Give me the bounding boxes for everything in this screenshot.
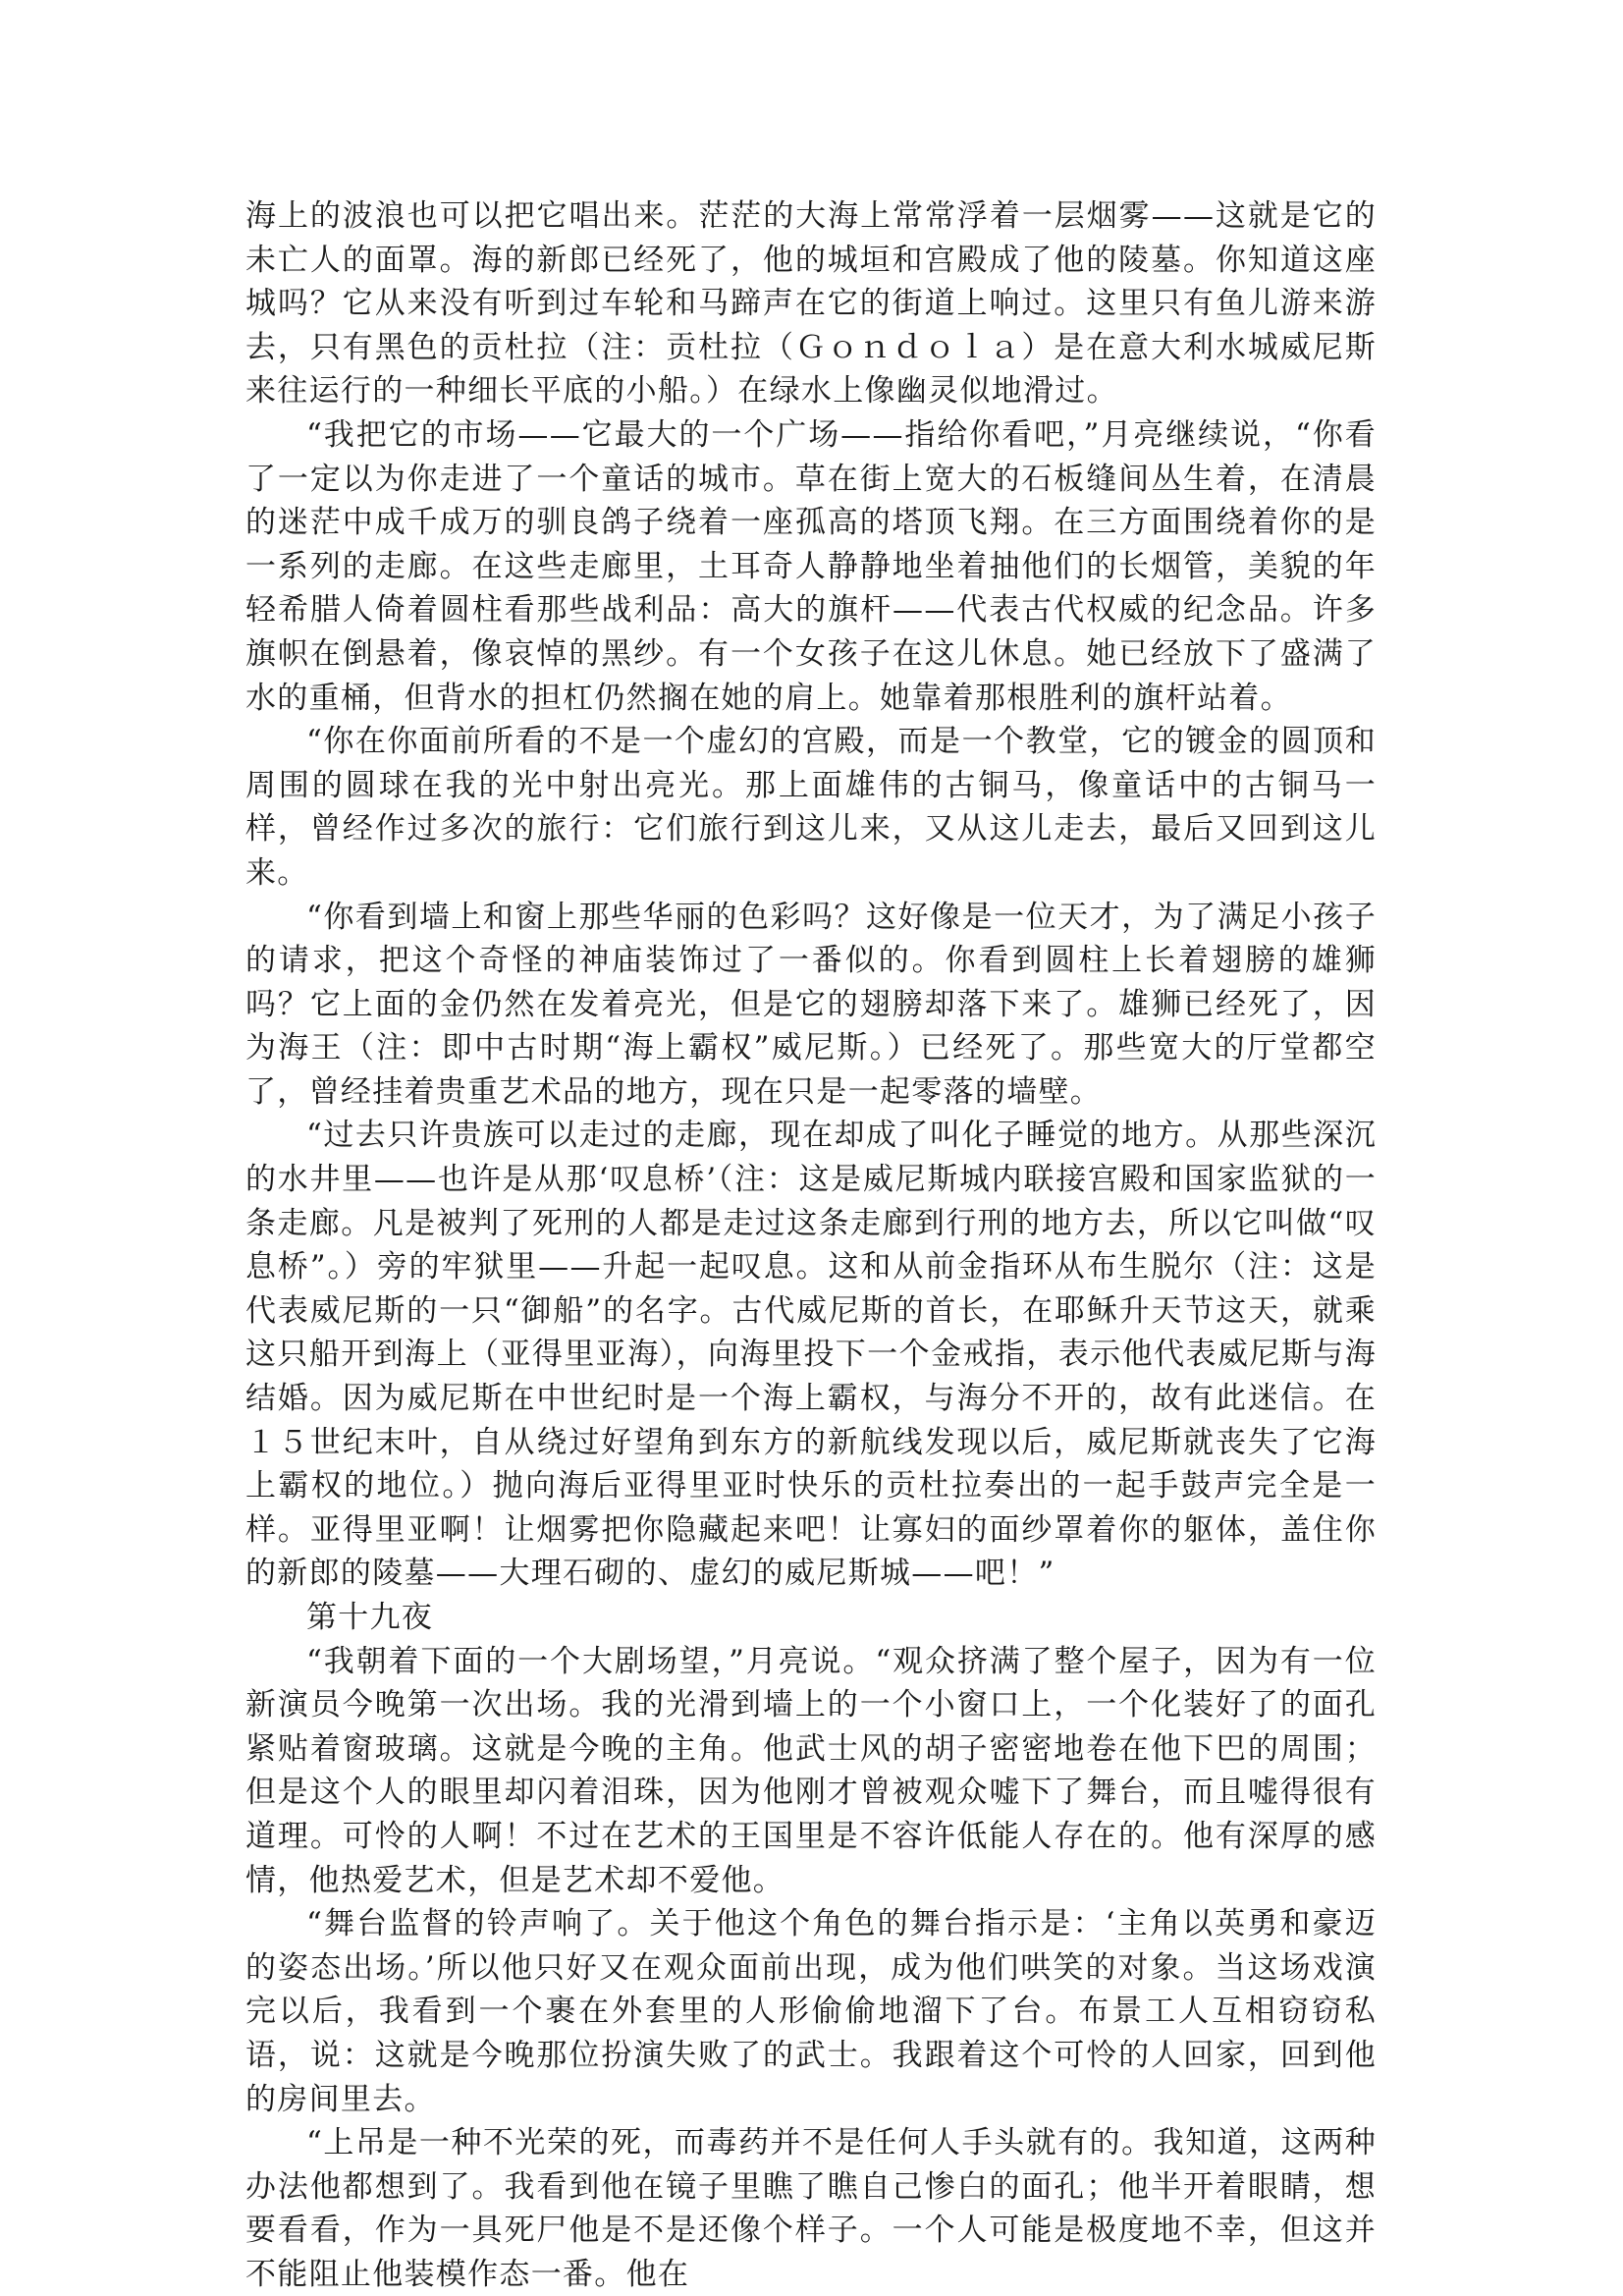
section-heading-nineteenth-night: 第十九夜 bbox=[245, 1596, 1377, 1640]
paragraph-church: “你在你面前所看的不是一个虚幻的宫殿，而是一个教堂，它的镀金的圆顶和周围的圆球在… bbox=[245, 720, 1377, 895]
paragraph-venice-intro: 海上的波浪也可以把它唱出来。茫茫的大海上常常浮着一层烟雾——这就是它的未亡人的面… bbox=[245, 194, 1377, 413]
paragraph-market-square: “我把它的市场——它最大的一个广场——指给你看吧，”月亮继续说，“你看了一定以为… bbox=[245, 413, 1377, 720]
paragraph-mirror: “上吊是一种不光荣的死，而毒药并不是任何人手头就有的。我知道，这两种办法他都想到… bbox=[245, 2121, 1377, 2296]
paragraph-stage-bell: “舞台监督的铃声响了。关于他这个角色的舞台指示是：‘主角以英勇和豪迈的姿态出场。… bbox=[245, 1902, 1377, 2121]
document-page: 海上的波浪也可以把它唱出来。茫茫的大海上常常浮着一层烟雾——这就是它的未亡人的面… bbox=[245, 194, 1377, 2296]
paragraph-theatre: “我朝着下面的一个大剧场望，”月亮说。“观众挤满了整个屋子，因为有一位新演员今晚… bbox=[245, 1640, 1377, 1903]
paragraph-colors-lion: “你看到墙上和窗上那些华丽的色彩吗？这好像是一位天才，为了满足小孩子的请求，把这… bbox=[245, 896, 1377, 1115]
paragraph-bridge-of-sighs: “过去只许贵族可以走过的走廊，现在却成了叫化子睡觉的地方。从那些深沉的水井里——… bbox=[245, 1114, 1377, 1596]
